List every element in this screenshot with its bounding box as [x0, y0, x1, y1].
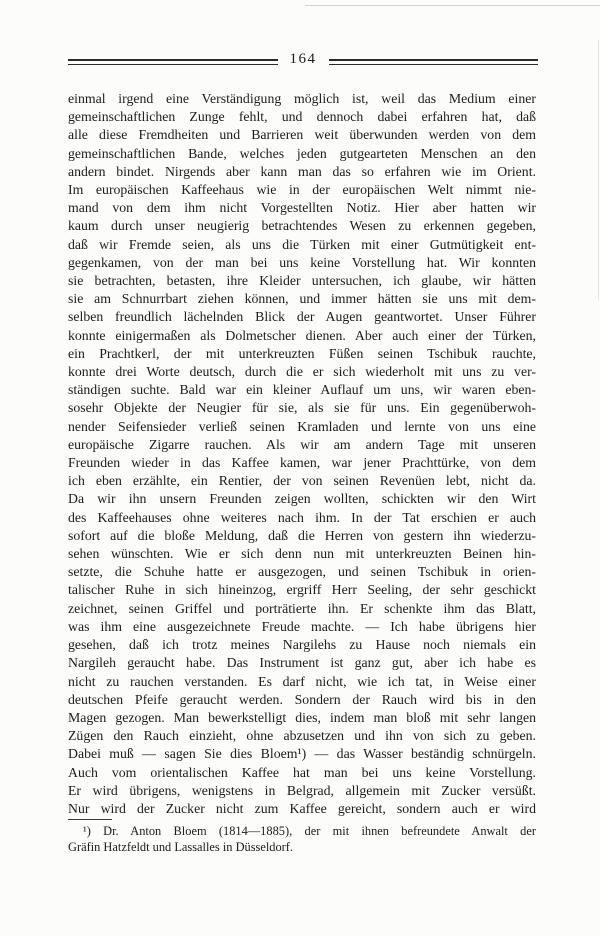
- text-line: kaum durch unser neugierig betrachtendes…: [68, 217, 536, 235]
- text-line: gemeinschaftlichen Bande, welches jeden …: [68, 145, 536, 163]
- text-line: ich eben erzählte, ein Rentier, der von …: [68, 472, 536, 490]
- text-line: konnte einigermaßen als Dolmetscher dien…: [68, 327, 536, 345]
- scan-artifact-top-edge: [305, 5, 600, 6]
- page-header: 164: [68, 53, 538, 70]
- text-line: Dabei muß — sagen Sie dies Bloem¹) — das…: [68, 745, 536, 763]
- text-line: mand von dem ihm nicht Vorgestellten Not…: [68, 199, 536, 217]
- text-line: konnte drei Worte deutsch, durch die er …: [68, 363, 536, 381]
- text-line: ein Prachtkerl, der mit unterkreuzten Fü…: [68, 345, 536, 363]
- text-line: talischer Ruhe in sich hineinzog, ergrif…: [68, 581, 536, 599]
- text-line: Nargileh geraucht habe. Das Instrument i…: [68, 654, 536, 672]
- text-line: Da wir ihn unsern Freunden zeigen wollte…: [68, 490, 536, 508]
- text-line: nicht zu rauchen verstanden. Es darf nic…: [68, 673, 536, 691]
- text-line: nender Seifensieder verließ seinen Kraml…: [68, 418, 536, 436]
- scan-artifact-right-edge: [598, 40, 599, 300]
- text-line: Nur wird der Zucker nicht zum Kaffee ger…: [68, 800, 536, 818]
- text-line: europäische Zigarre rauchen. Als wir am …: [68, 436, 536, 454]
- footnote-line: ¹) Dr. Anton Bloem (1814—1885), der mit …: [68, 824, 536, 840]
- header-rule-left: [68, 59, 278, 65]
- text-line: sosehr Objekte der Neugier für sie, als …: [68, 399, 536, 417]
- text-line: daß wir Fremde seien, als uns die Türken…: [68, 236, 536, 254]
- page-number: 164: [290, 51, 317, 68]
- text-line: Auch vom orientalischen Kaffee hat man b…: [68, 764, 536, 782]
- text-line: zeichnet, seinen Griffel und porträtiert…: [68, 600, 536, 618]
- footnote: ¹) Dr. Anton Bloem (1814—1885), der mit …: [68, 819, 536, 855]
- text-line: Freunden wieder in das Kaffee kamen, war…: [68, 454, 536, 472]
- text-line: Er wird übrigens, wenigstens in Belgrad,…: [68, 782, 536, 800]
- text-line: was ihm eine ausgezeichnete Freude macht…: [68, 618, 536, 636]
- text-line: andern bindet. Nirgends aber kann man da…: [68, 163, 536, 181]
- text-line: einmal irgend eine Verständigung möglich…: [68, 90, 536, 108]
- text-line: Zügen den Rauch einzieht, ohne abzusetze…: [68, 727, 536, 745]
- text-line: deutschen Pfeife geraucht werden. Sonder…: [68, 691, 536, 709]
- text-line: selben freundlich lächelnden Blick der A…: [68, 308, 536, 326]
- text-line: sehen wünschten. Wie er sich denn nun mi…: [68, 545, 536, 563]
- text-line: Magen gezogen. Man bewerkstelligt dies, …: [68, 709, 536, 727]
- body-text: einmal irgend eine Verständigung möglich…: [68, 90, 536, 818]
- header-rule-right: [329, 59, 539, 65]
- text-line: gemeinschaftlichen Zunge fehlt, und denn…: [68, 108, 536, 126]
- book-page: 164 einmal irgend eine Verständigung mög…: [0, 0, 600, 936]
- text-line: setzte, die Schuhe hatte er ausgezogen, …: [68, 563, 536, 581]
- text-line: alle diese Fremdheiten und Barrieren wei…: [68, 126, 536, 144]
- text-line: gegenkamen, von der man bei uns keine Vo…: [68, 254, 536, 272]
- text-line: Im europäischen Kaffeehaus wie in der eu…: [68, 181, 536, 199]
- text-line: sie am Schnurrbart ziehen können, und im…: [68, 290, 536, 308]
- text-line: sofort auf die bloße Meldung, daß die He…: [68, 527, 536, 545]
- footnote-line: Gräfin Hatzfeldt und Lassalles in Düssel…: [68, 840, 536, 856]
- text-line: des Kaffeehauses ohne weiteres nach ihm.…: [68, 509, 536, 527]
- text-line: ständigen suchte. Bald war ein kleiner A…: [68, 381, 536, 399]
- footnote-divider: [68, 819, 112, 820]
- text-line: sie betrachten, betasten, ihre Kleider u…: [68, 272, 536, 290]
- text-line: gesehen, daß ich trotz meines Nargilehs …: [68, 636, 536, 654]
